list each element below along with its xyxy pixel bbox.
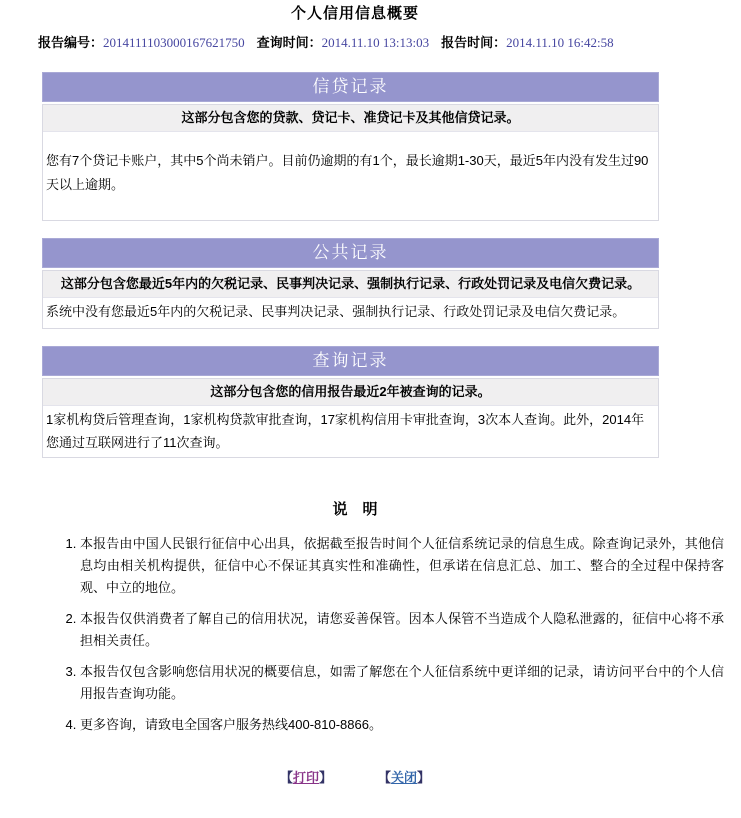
close-bracket-open: 【	[378, 770, 391, 785]
close-bracket-close: 】	[417, 770, 430, 785]
report-number-label: 报告编号：	[38, 35, 103, 50]
inquiry-records-body: 1家机构贷后管理查询，1家机构贷款审批查询，17家机构信用卡审批查询，3次本人查…	[43, 406, 658, 457]
print-bracket-open: 【	[280, 770, 293, 785]
credit-records-subtitle: 这部分包含您的贷款、贷记卡、准贷记卡及其他信贷记录。	[43, 105, 658, 132]
note-item: 更多咨询，请致电全国客户服务热线400-810-8866。	[80, 714, 724, 736]
report-number-value: 2014111103000167621750	[103, 35, 245, 50]
credit-records-panel: 这部分包含您的贷款、贷记卡、准贷记卡及其他信贷记录。 您有7个贷记卡账户，其中5…	[42, 104, 659, 221]
actions-bar: 【打印】【关闭】	[0, 767, 710, 786]
note-item: 本报告由中国人民银行征信中心出具，依据截至报告时间个人征信系统记录的信息生成。除…	[80, 533, 724, 599]
note-item: 本报告仅供消费者了解自己的信用状况，请您妥善保管。因本人保管不当造成个人隐私泄露…	[80, 608, 724, 652]
print-bracket-close: 】	[319, 770, 332, 785]
notes-heading: 说 明	[0, 498, 710, 519]
section-public-records: 公共记录 这部分包含您最近5年内的欠税记录、民事判决记录、强制执行记录、行政处罚…	[42, 238, 659, 329]
credit-summary-page: 个人信用信息概要 报告编号：2014111103000167621750查询时间…	[0, 0, 741, 818]
sections-container: 信贷记录 这部分包含您的贷款、贷记卡、准贷记卡及其他信贷记录。 您有7个贷记卡账…	[42, 72, 659, 458]
section-credit-records: 信贷记录 这部分包含您的贷款、贷记卡、准贷记卡及其他信贷记录。 您有7个贷记卡账…	[42, 72, 659, 221]
public-records-panel: 这部分包含您最近5年内的欠税记录、民事判决记录、强制执行记录、行政处罚记录及电信…	[42, 270, 659, 329]
note-item: 本报告仅包含影响您信用状况的概要信息，如需了解您在个人征信系统中更详细的记录，请…	[80, 661, 724, 705]
credit-records-body: 您有7个贷记卡账户，其中5个尚未销户。目前仍逾期的有1个，最长逾期1-30天，最…	[43, 132, 658, 220]
report-time-value: 2014.11.10 16:42:58	[506, 35, 614, 50]
notes-list: 本报告由中国人民银行征信中心出具，依据截至报告时间个人征信系统记录的信息生成。除…	[50, 533, 724, 736]
close-action: 【关闭】	[378, 767, 430, 786]
public-records-header: 公共记录	[42, 238, 659, 268]
print-action: 【打印】	[280, 767, 332, 786]
inquiry-records-subtitle: 这部分包含您的信用报告最近2年被查询的记录。	[43, 379, 658, 406]
report-time-label: 报告时间：	[441, 35, 506, 50]
credit-records-header: 信贷记录	[42, 72, 659, 102]
inquiry-records-panel: 这部分包含您的信用报告最近2年被查询的记录。 1家机构贷后管理查询，1家机构贷款…	[42, 378, 659, 458]
print-link[interactable]: 打印	[293, 770, 319, 785]
page-title: 个人信用信息概要	[0, 0, 710, 23]
query-time-value: 2014.11.10 13:13:03	[322, 35, 430, 50]
report-info-line: 报告编号：2014111103000167621750查询时间：2014.11.…	[38, 32, 741, 51]
public-records-body: 系统中没有您最近5年内的欠税记录、民事判决记录、强制执行记录、行政处罚记录及电信…	[43, 298, 658, 328]
section-inquiry-records: 查询记录 这部分包含您的信用报告最近2年被查询的记录。 1家机构贷后管理查询，1…	[42, 346, 659, 458]
close-link[interactable]: 关闭	[391, 770, 417, 785]
inquiry-records-header: 查询记录	[42, 346, 659, 376]
query-time-label: 查询时间：	[257, 35, 322, 50]
public-records-subtitle: 这部分包含您最近5年内的欠税记录、民事判决记录、强制执行记录、行政处罚记录及电信…	[43, 271, 658, 298]
